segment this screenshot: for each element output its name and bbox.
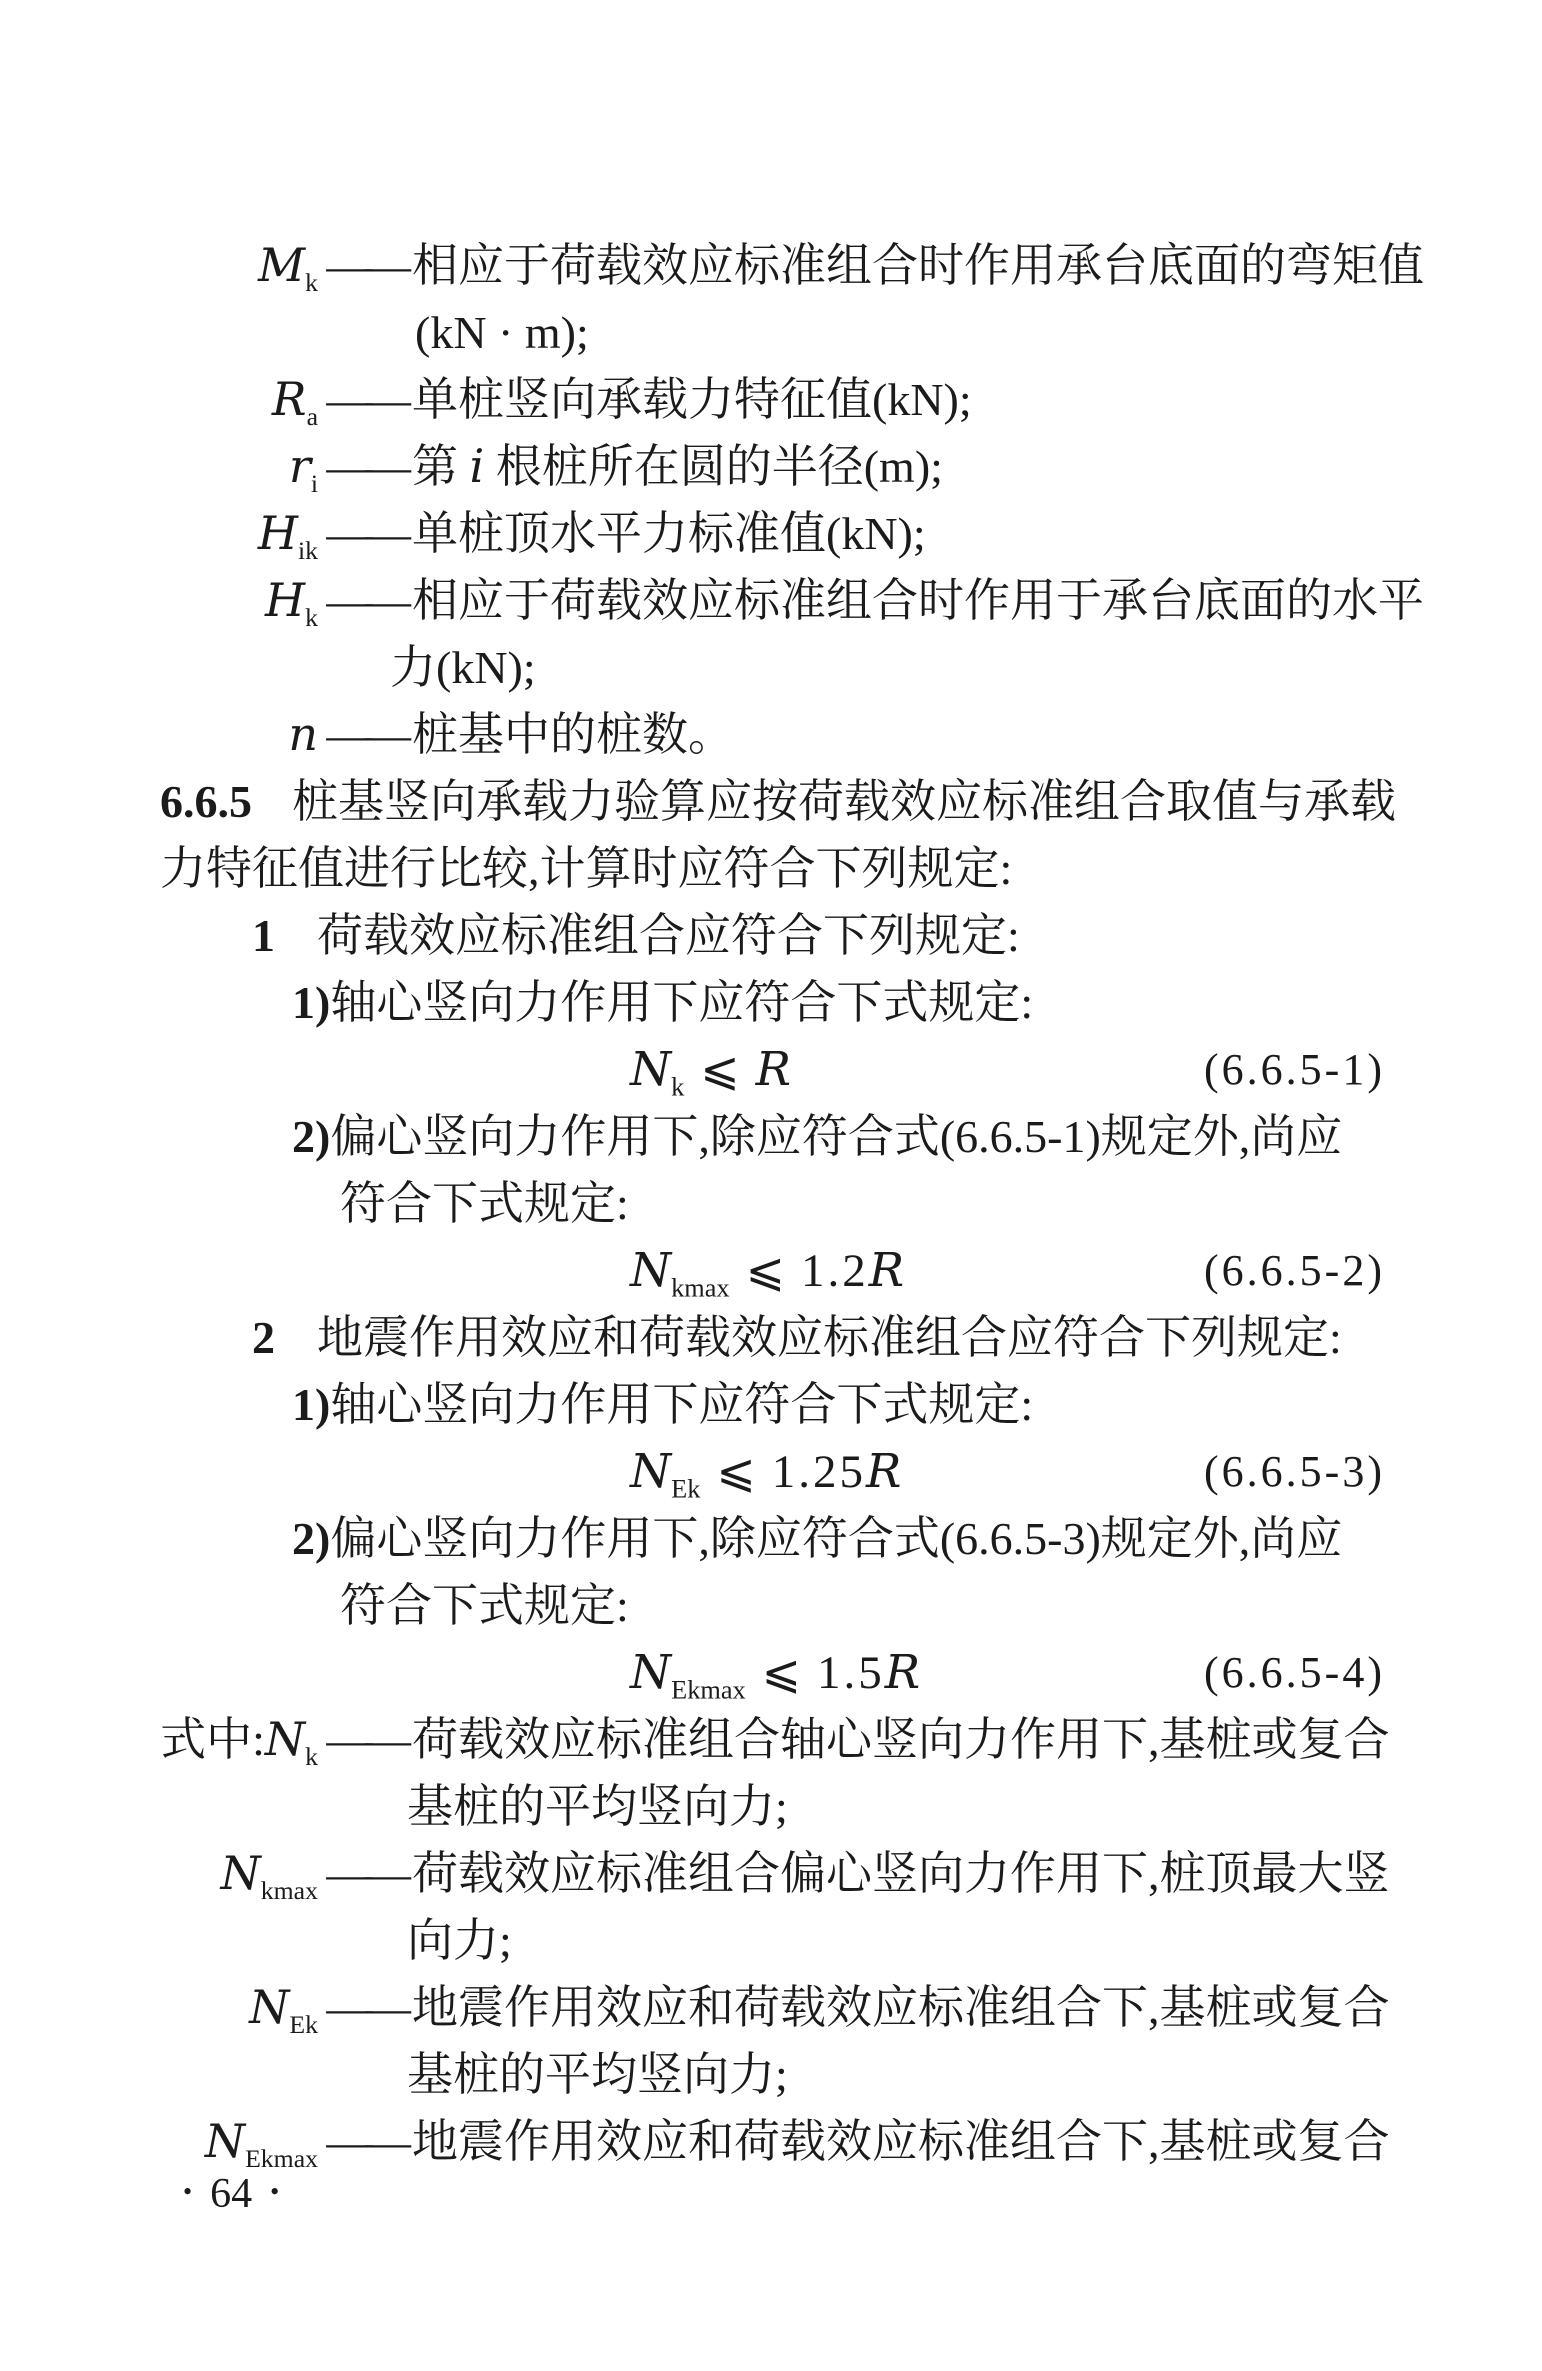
definition-text: 相应于荷载效应标准组合时作用于承台底面的水平 [412, 567, 1424, 634]
definition-text: 桩基中的桩数。 [412, 701, 1405, 768]
sub-item-continuation: 符合下式规定: [340, 1572, 1405, 1639]
item-text: 荷载效应标准组合应符合下列规定: [317, 910, 1020, 961]
definition-continuation: 向力; [407, 1907, 1405, 1974]
formula-subscript: Ekmax [671, 1675, 746, 1704]
formula-6-6-5-2: Nkmax⩽1.2R (6.6.5-2) [160, 1237, 1405, 1304]
symbol-base: R [272, 372, 307, 426]
sub-item-4: 2)偏心竖向力作用下,除应符合式(6.6.5-3)规定外,尚应 [292, 1505, 1405, 1572]
symbol-subscript: a [307, 402, 318, 431]
symbol-base: N [265, 1712, 305, 1766]
definition-continuation: 力(kN); [390, 634, 1405, 701]
symbol-base: n [288, 707, 318, 761]
symbol-base: N [249, 1980, 289, 2034]
symbol-base: r [289, 439, 311, 493]
symbol-subscript: kmax [261, 1876, 318, 1905]
symbol-ri: ri [160, 433, 318, 500]
formula-6-6-5-1: Nk⩽R (6.6.5-1) [160, 1036, 1405, 1103]
item-number: 2 [252, 1312, 275, 1363]
definition-text: 荷载效应标准组合偏心竖向力作用下,桩顶最大竖 [412, 1840, 1405, 1907]
formula-expression: NEk⩽1.25R [630, 1446, 901, 1498]
em-dash: —— [318, 1840, 412, 1907]
symbol-definition-Mk: Mk —— 相应于荷载效应标准组合时作用承台底面的弯矩值 [160, 232, 1405, 299]
definition-continuation: (kN · m); [415, 299, 1405, 366]
sub-item-1: 1)轴心竖向力作用下应符合下式规定: [292, 969, 1405, 1036]
less-equal-operator: ⩽ [730, 1243, 801, 1298]
where-definition-Nkmax: Nkmax —— 荷载效应标准组合偏心竖向力作用下,桩顶最大竖 [160, 1840, 1405, 1907]
formula-subscript: kmax [671, 1273, 729, 1302]
symbol-definition-Hk: Hk —— 相应于荷载效应标准组合时作用于承台底面的水平 [160, 567, 1405, 634]
sub-item-number: 1) [292, 977, 330, 1028]
definition-text-pre: 第 [412, 441, 470, 492]
em-dash: —— [318, 500, 412, 567]
formula-expression: NEkmax⩽1.5R [630, 1647, 920, 1699]
text-block: Mk —— 相应于荷载效应标准组合时作用承台底面的弯矩值 (kN · m); R… [160, 232, 1405, 2175]
clause-6-6-5-line1: 6.6.5桩基竖向承载力验算应按荷载效应标准组合取值与承载 [160, 768, 1405, 835]
definition-text: 第 i 根桩所在圆的半径(m); [412, 433, 1405, 500]
sub-item-text: 轴心竖向力作用下应符合下式规定: [330, 977, 1033, 1028]
formula-variable-R: R [866, 1444, 901, 1499]
item-1: 1荷载效应标准组合应符合下列规定: [252, 902, 1405, 969]
symbol-subscript: i [311, 469, 318, 498]
symbol-base: H [265, 573, 305, 627]
formula-6-6-5-3: NEk⩽1.25R (6.6.5-3) [160, 1438, 1405, 1505]
document-page: Mk —— 相应于荷载效应标准组合时作用承台底面的弯矩值 (kN · m); R… [0, 0, 1542, 2371]
item-text: 地震作用效应和荷载效应标准组合应符合下列规定: [317, 1312, 1342, 1363]
item-2: 2地震作用效应和荷载效应标准组合应符合下列规定: [252, 1304, 1405, 1371]
sub-item-number: 2) [292, 1513, 330, 1564]
symbol-Hk: Hk [160, 567, 318, 634]
symbol-Ra: Ra [160, 366, 318, 433]
symbol-subscript: k [305, 1742, 318, 1771]
formula-variable-R: R [869, 1243, 904, 1298]
where-prefix: 式中: [160, 1714, 265, 1765]
em-dash: —— [318, 1974, 412, 2041]
clause-number: 6.6.5 [160, 776, 252, 827]
sub-item-continuation: 符合下式规定: [340, 1170, 1405, 1237]
formula-variable: N [630, 1444, 671, 1499]
where-definition-Nk: 式中:Nk —— 荷载效应标准组合轴心竖向力作用下,基桩或复合 [160, 1706, 1405, 1773]
symbol-n: n [160, 701, 318, 768]
definition-text: 荷载效应标准组合轴心竖向力作用下,基桩或复合 [412, 1706, 1405, 1773]
definition-continuation: 基桩的平均竖向力; [407, 2041, 1405, 2108]
formula-variable: N [630, 1645, 671, 1700]
formula-subscript: Ek [671, 1474, 700, 1503]
em-dash: —— [318, 567, 412, 634]
less-equal-operator: ⩽ [684, 1042, 755, 1097]
symbol-definition-ri: ri —— 第 i 根桩所在圆的半径(m); [160, 433, 1405, 500]
em-dash: —— [318, 232, 412, 299]
formula-variable-R: R [885, 1645, 920, 1700]
formula-subscript: k [671, 1072, 684, 1101]
page-number: •64• [183, 2158, 279, 2225]
sub-item-3: 1)轴心竖向力作用下应符合下式规定: [292, 1371, 1405, 1438]
symbol-definition-Hik: Hik —— 单桩顶水平力标准值(kN); [160, 500, 1405, 567]
where-prefix-and-symbol: 式中:Nk [160, 1706, 318, 1773]
less-equal-operator: ⩽ [700, 1444, 771, 1499]
formula-coefficient: 1.2 [801, 1245, 869, 1297]
symbol-subscript: ik [298, 536, 318, 565]
clause-text: 桩基竖向承载力验算应按荷载效应标准组合取值与承载 [292, 776, 1396, 827]
clause-6-6-5-line2: 力特征值进行比较,计算时应符合下列规定: [160, 835, 1405, 902]
definition-text: 单桩顶水平力标准值(kN); [412, 500, 1405, 567]
em-dash: —— [318, 701, 412, 768]
symbol-subscript: k [305, 268, 318, 297]
symbol-subscript: k [305, 603, 318, 632]
sub-item-number: 1) [292, 1379, 330, 1430]
definition-text-post: 根桩所在圆的半径(m); [484, 441, 943, 492]
symbol-Hik: Hik [160, 500, 318, 567]
symbol-Mk: Mk [160, 232, 318, 299]
definition-continuation: 基桩的平均竖向力; [407, 1773, 1405, 1840]
definition-text: 地震作用效应和荷载效应标准组合下,基桩或复合 [412, 2108, 1405, 2175]
symbol-base: M [258, 238, 305, 292]
item-number: 1 [252, 910, 275, 961]
symbol-NEk: NEk [160, 1974, 318, 2041]
footer-page-number: 64 [210, 2171, 252, 2217]
sub-item-text: 偏心竖向力作用下,除应符合式(6.6.5-1)规定外,尚应 [330, 1111, 1342, 1162]
em-dash: —— [318, 433, 412, 500]
equation-number: (6.6.5-4) [1204, 1639, 1385, 1706]
formula-expression: Nkmax⩽1.2R [630, 1245, 904, 1297]
formula-expression: Nk⩽R [630, 1044, 791, 1096]
symbol-subscript: Ek [289, 2010, 318, 2039]
em-dash: —— [318, 2108, 412, 2175]
sub-item-text: 轴心竖向力作用下应符合下式规定: [330, 1379, 1033, 1430]
less-equal-operator: ⩽ [746, 1645, 817, 1700]
em-dash: —— [318, 366, 412, 433]
definition-text: 地震作用效应和荷载效应标准组合下,基桩或复合 [412, 1974, 1405, 2041]
formula-variable: N [630, 1243, 671, 1298]
symbol-base: N [221, 1846, 261, 1900]
sub-item-2: 2)偏心竖向力作用下,除应符合式(6.6.5-1)规定外,尚应 [292, 1103, 1405, 1170]
where-definition-NEkmax: NEkmax —— 地震作用效应和荷载效应标准组合下,基桩或复合 [160, 2108, 1405, 2175]
where-definition-NEk: NEk —— 地震作用效应和荷载效应标准组合下,基桩或复合 [160, 1974, 1405, 2041]
em-dash: —— [318, 1706, 412, 1773]
formula-variable-R: R [756, 1042, 791, 1097]
footer-right-dot: • [270, 2177, 279, 2206]
sub-item-number: 2) [292, 1111, 330, 1162]
equation-number: (6.6.5-1) [1204, 1036, 1385, 1103]
formula-coefficient: 1.25 [772, 1446, 866, 1498]
symbol-definition-n: n —— 桩基中的桩数。 [160, 701, 1405, 768]
formula-variable: N [630, 1042, 671, 1097]
formula-6-6-5-4: NEkmax⩽1.5R (6.6.5-4) [160, 1639, 1405, 1706]
equation-number: (6.6.5-2) [1204, 1237, 1385, 1304]
symbol-base: H [258, 506, 298, 560]
sub-item-text: 偏心竖向力作用下,除应符合式(6.6.5-3)规定外,尚应 [330, 1513, 1342, 1564]
equation-number: (6.6.5-3) [1204, 1438, 1385, 1505]
definition-text: 单桩竖向承载力特征值(kN); [412, 366, 1405, 433]
formula-coefficient: 1.5 [817, 1647, 885, 1699]
inline-variable-i: i [470, 439, 485, 493]
definition-text: 相应于荷载效应标准组合时作用承台底面的弯矩值 [412, 232, 1424, 299]
symbol-definition-Ra: Ra —— 单桩竖向承载力特征值(kN); [160, 366, 1405, 433]
symbol-Nkmax: Nkmax [160, 1840, 318, 1907]
footer-left-dot: • [183, 2177, 192, 2206]
